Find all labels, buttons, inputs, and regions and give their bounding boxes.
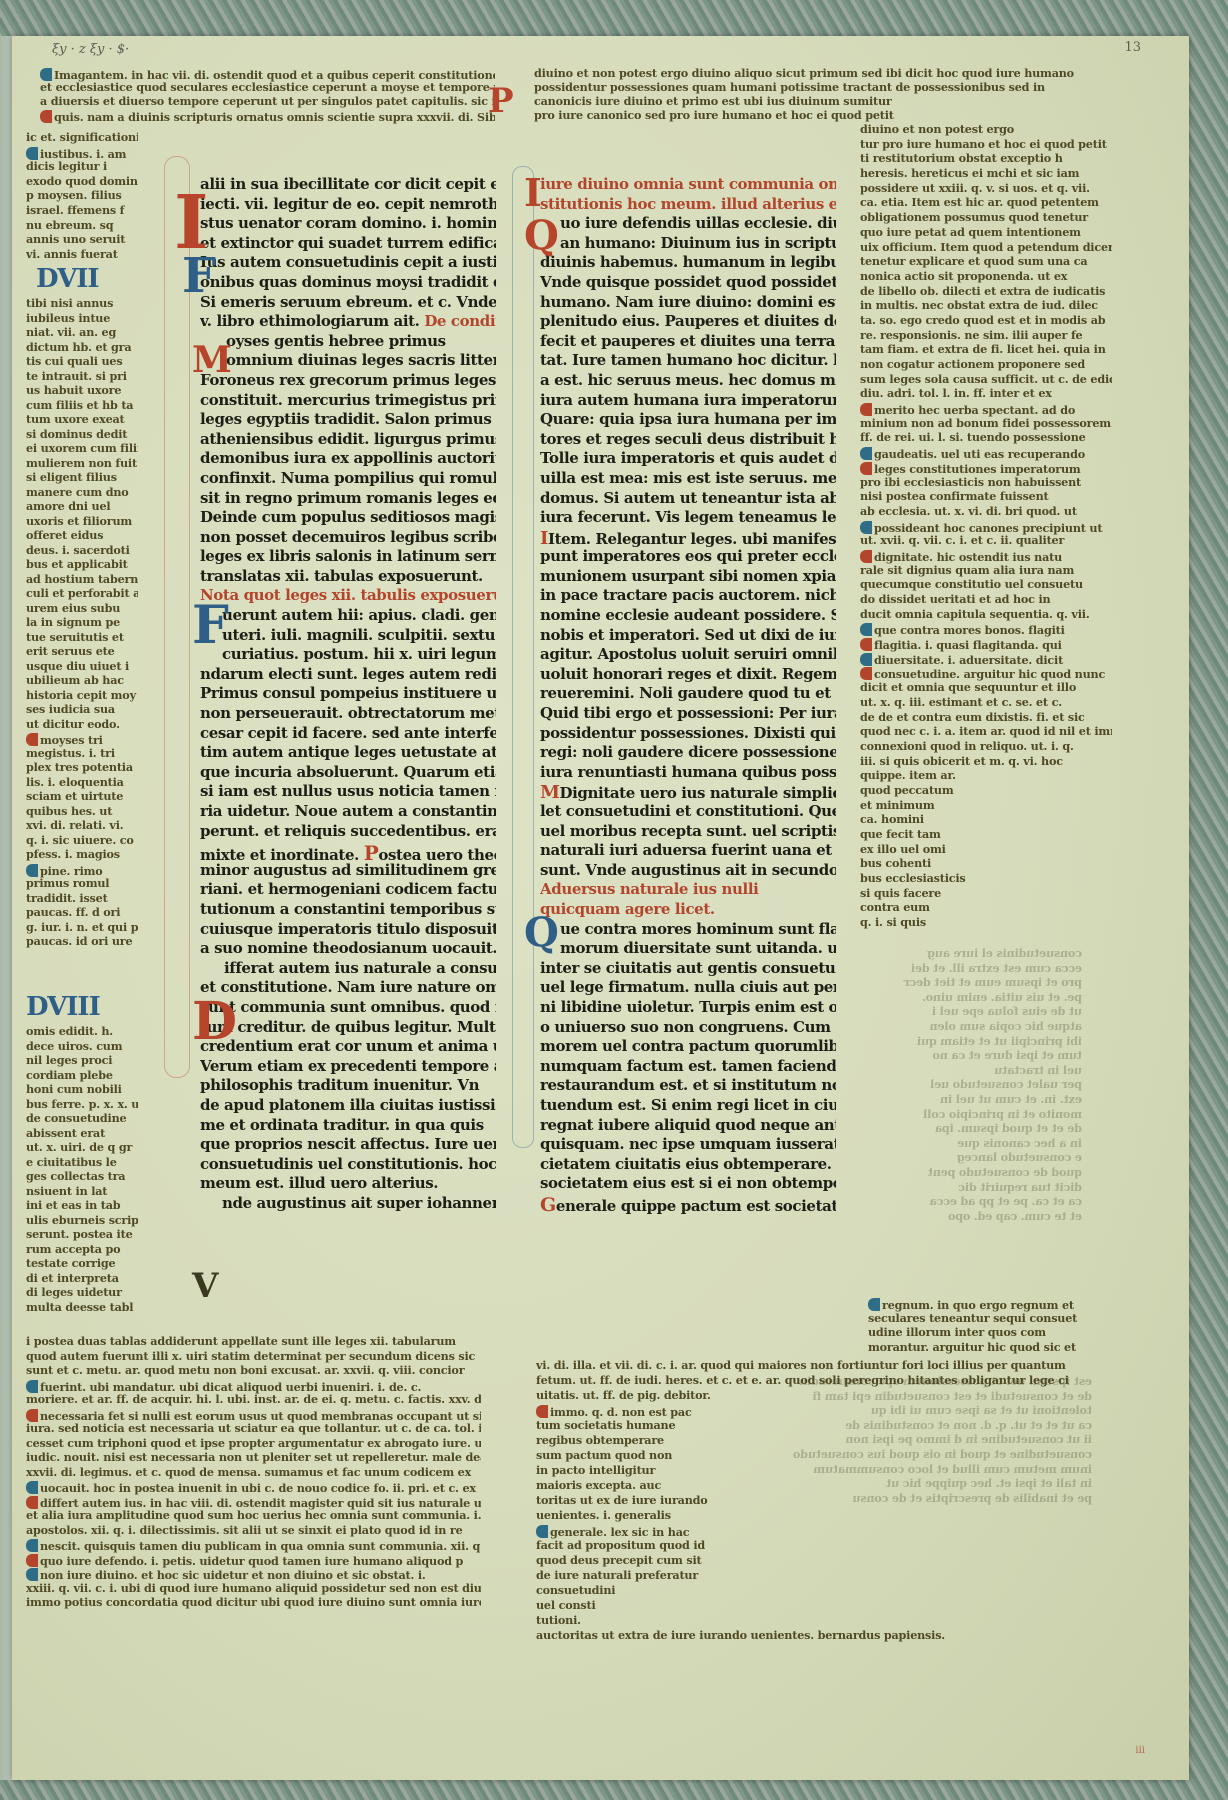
gloss-line: testate corrige xyxy=(26,1258,138,1273)
gloss-line: bus ecclesiasticis xyxy=(860,873,1112,888)
bottom-gloss-right: vi. di. illa. et vii. di. c. i. ar. quod… xyxy=(536,1360,1126,1645)
paragraph-mark-icon xyxy=(860,623,872,636)
gloss-line: honi cum nobili xyxy=(26,1084,138,1099)
text-line: cesar cepit id facere. sed ante interfec… xyxy=(200,726,496,746)
gloss-line: plex tres potentia xyxy=(26,762,138,777)
decorated-initial-f: F xyxy=(182,252,216,300)
top-gloss: Imagantem. in hac vii. di. ostendit quod… xyxy=(40,68,495,124)
gloss-line: generale. lex sic in hac xyxy=(536,1525,1126,1540)
gloss-line: ut. x. q. iii. estimant et c. se. et c. xyxy=(860,697,1112,712)
text-line: Primus consul pompeius instituere uoluit… xyxy=(200,686,496,706)
gloss-line: ic et. significationi xyxy=(26,132,138,147)
gloss-line: tur pro iure humano et hoc ei quod petit xyxy=(860,139,1112,154)
text-line: a est. hic seruus meus. hec domus mea xyxy=(540,373,836,393)
text-line: tuendum est. Si enim regi licet in ciuit… xyxy=(540,1098,836,1118)
rubric: Aduersus naturale ius nulli xyxy=(540,882,836,902)
gloss-line: moriere. et ar. ff. de acquir. hi. l. ub… xyxy=(26,1394,481,1409)
gloss-line: bus ferre. p. x. x. ui xyxy=(26,1099,138,1114)
gloss-line: quecumque constitutio uel consuetu xyxy=(860,579,1112,594)
text-line: regi: noli gaudere dicere possessiones t… xyxy=(540,745,836,765)
gloss-line: tibi nisi annus xyxy=(26,298,138,313)
decorated-initial-p: P xyxy=(488,84,514,118)
gloss-line: dicit et omnia que sequuntur et illo xyxy=(860,682,1112,697)
text-line: alii in sua ibecillitate cor dicit cepit… xyxy=(200,177,496,197)
gloss-line: fetum. ut. ff. de iudi. heres. et c. et … xyxy=(536,1375,1126,1390)
gloss-line: vi. di. illa. et vii. di. c. i. ar. quod… xyxy=(536,1360,1126,1375)
text-line: uo iure defendis uillas ecclesie. diuino xyxy=(540,216,836,236)
gloss-line: maioris excepta. auc xyxy=(536,1480,1126,1495)
text-line: let consuetudini et constitutioni. Quecu… xyxy=(540,804,836,824)
gloss-line: differt autem ius. in hac viii. di. oste… xyxy=(26,1496,481,1511)
text-line: stus uenator coram domino. i. hominum ex… xyxy=(200,216,496,236)
text-line: que proprios nescit affectus. Iure uero xyxy=(200,1137,496,1157)
paragraph-mark-icon xyxy=(536,1405,548,1418)
gloss-line: uel consti xyxy=(536,1600,1126,1615)
text-line: munionem usurpant sibi nomen xpianum. ne… xyxy=(540,569,836,589)
text-line: philosophis traditum inuenitur. Vn xyxy=(200,1078,496,1098)
text-line: Si emeris seruum ebreum. et c. Vnde ysid… xyxy=(200,295,496,315)
gloss-line: offeret eidus xyxy=(26,530,138,545)
gloss-line: deus. i. sacerdoti xyxy=(26,545,138,560)
gloss-line: dictum hb. et gra xyxy=(26,342,138,357)
text-line: que incuria absoluerunt. Quarum etiam xyxy=(200,765,496,785)
gloss-line: leges constitutiones imperatorum xyxy=(860,462,1112,477)
gloss-line: ges collectas tra xyxy=(26,1171,138,1186)
gloss-line: culi et perforabit a xyxy=(26,588,138,603)
right-gloss-bottom: regnum. in quo ergo regnum et seculares … xyxy=(868,1298,1124,1356)
paragraph-mark-icon xyxy=(860,447,872,460)
text-line: uilla est mea: mis est iste seruus. mea … xyxy=(540,471,836,491)
gloss-line: i postea duas tablas addiderunt appellat… xyxy=(26,1336,481,1351)
text-line: leges ex libris salonis in latinum sermo… xyxy=(200,549,496,569)
gloss-line: diuino et non potest ergo xyxy=(860,124,1112,139)
paragraph-mark-icon xyxy=(40,110,52,123)
gloss-line: pine. rimo xyxy=(26,864,138,879)
gloss-line: ab ecclesia. ut. x. vi. di. bri quod. ut xyxy=(860,506,1112,521)
paragraph-mark-icon xyxy=(26,147,38,160)
paragraph-mark-icon xyxy=(26,1568,38,1581)
gloss-line: a diuersis et diuerso tempore ceperunt u… xyxy=(40,96,495,110)
gloss-line: xxiii. q. vii. c. i. ubi di quod iure hu… xyxy=(26,1583,481,1598)
gloss-line: seculares teneantur sequi consuet xyxy=(868,1313,1124,1328)
gloss-line: ti restitutorium obstat exceptio h xyxy=(860,153,1112,168)
gloss-line: israel. ffemens f xyxy=(26,205,138,220)
text-line: morum diuersitate sunt uitanda. ut pactu… xyxy=(540,941,836,961)
gloss-line: iii. si quis obicerit et m. q. vi. hoc xyxy=(860,756,1112,771)
text-line: o uniuerso suo non congruens. Cum autem … xyxy=(540,1020,836,1040)
text-line: plenitudo eius. Pauperes et diuites deus… xyxy=(540,314,836,334)
gloss-line: possidentur possessiones quam humani pot… xyxy=(534,82,1124,96)
text-line: nobis et imperatori. Sed ut dixi de iure… xyxy=(540,628,836,648)
text-line: tim autem antique leges uetustate at xyxy=(200,745,496,765)
paragraph-mark-icon xyxy=(40,68,52,81)
paragraph-mark-icon xyxy=(536,1525,548,1538)
gloss-line: us habuit uxore xyxy=(26,385,138,400)
text-line: translatas xii. tabulas exposuerunt. xyxy=(200,569,496,589)
gloss-line: abissent erat xyxy=(26,1128,138,1143)
text-line: Tolle iura imperatoris et quis audet dic… xyxy=(540,451,836,471)
text-line: non posset decemuiros legibus scribendis… xyxy=(200,530,496,550)
gloss-line: dicis legitur i xyxy=(26,161,138,176)
gloss-line: ut. xvii. q. vii. c. i. et c. ii. qualit… xyxy=(860,535,1112,550)
paragraph-mark-icon xyxy=(26,1481,38,1494)
gloss-line: sciam et uirtute xyxy=(26,791,138,806)
main-text-column-a: alii in sua ibecillitate cor dicit cepit… xyxy=(200,177,496,1215)
text-line: mixte et inordinate. Postea uero theodos… xyxy=(200,843,496,863)
gloss-line: canonicis iure diuino et primo est ubi i… xyxy=(534,96,1124,110)
text-line: domus. Si autem ut teneantur ista ab hom… xyxy=(540,491,836,511)
text-line: IItem. Relegantur leges. ubi manifeste p… xyxy=(540,530,836,550)
gloss-line: de libello ob. dilecti et extra de iudic… xyxy=(860,286,1112,301)
gloss-line: niat. vii. an. eg xyxy=(26,327,138,342)
text-line: v. libro ethimologiarum ait. De conditor… xyxy=(200,314,496,334)
text-line: oyses gentis hebree primus xyxy=(200,334,496,354)
decorated-initial-f2: F xyxy=(192,600,229,652)
gloss-line: tum uxore exeat xyxy=(26,414,138,429)
gloss-line: morantur. arguitur hic quod sic et xyxy=(868,1342,1124,1357)
gloss-line: ex illo uel omi xyxy=(860,844,1112,859)
gloss-line: pro iure canonico sed pro iure humano et… xyxy=(534,110,1124,124)
text-line: sunt communia sunt omnibus. quod non sol… xyxy=(200,1000,496,1020)
rubric: stitutionis hoc meum. illud alterius est… xyxy=(540,197,836,217)
gloss-line: exodo quod dominus dix xyxy=(26,176,138,191)
gloss-line: quippe. item ar. xyxy=(860,770,1112,785)
text-line: Verum etiam ex precedenti tempore a xyxy=(200,1059,496,1079)
text-line: naturali iuri aduersa fuerint uana et ir… xyxy=(540,843,836,863)
text-line: omnium diuinas leges sacris litteris exp… xyxy=(200,353,496,373)
gloss-line: iudic. nouit. nisi est necessaria non ut… xyxy=(26,1452,481,1467)
text-line: tat. Iure tamen humano hoc dicitur. hec … xyxy=(540,353,836,373)
text-line: minor augustus ad similitudinem grego xyxy=(200,863,496,883)
gloss-line: quod peccatum xyxy=(860,785,1112,800)
gloss-line: di et interpreta xyxy=(26,1273,138,1288)
gloss-line: ut. x. uiri. de q gr xyxy=(26,1142,138,1157)
gloss-line: historia cepit moy xyxy=(26,690,138,705)
gloss-line: lis. i. eloquentia xyxy=(26,777,138,792)
text-line: demonibus iura ex appollinis auctoritate xyxy=(200,451,496,471)
gloss-line: ses iudicia sua xyxy=(26,704,138,719)
gloss-line: quod deus precepit cum sit xyxy=(536,1555,1126,1570)
distinction-number-7: DVII xyxy=(36,264,99,294)
text-line: tum creditur. de quibus legitur. Multitu… xyxy=(200,1020,496,1040)
gloss-line: quod autem fuerunt illi x. uiri statim d… xyxy=(26,1351,481,1366)
text-line: non perseuerauit. obtrectatorum metu. De… xyxy=(200,706,496,726)
text-line: uel moribus recepta sunt. uel scriptis c… xyxy=(540,824,836,844)
text-line: iura renuntiasti humana quibus possessor… xyxy=(540,765,836,785)
left-margin-gloss-bottom: omis edidit. h. dece uiros. cum nil lege… xyxy=(26,1026,138,1316)
text-line: sit in regno primum romanis leges edidit… xyxy=(200,491,496,511)
text-line: ria uidetur. Noue autem a constantino ce… xyxy=(200,804,496,824)
gloss-line: cordiam plebe xyxy=(26,1070,138,1085)
gloss-line: immo potius concordatia quod dicitur ubi… xyxy=(26,1597,481,1612)
show-through-ghost-text: consuetudinis el iure aug ecca cum est e… xyxy=(882,948,1082,1225)
gloss-line: connexioni quod in reliquo. ut. i. q. xyxy=(860,741,1112,756)
text-line: tores et reges seculi deus distribuit hu… xyxy=(540,432,836,452)
decorated-initial-q: Q xyxy=(524,216,559,256)
paragraph-mark-icon xyxy=(860,550,872,563)
gloss-line: g. iur. i. n. et qui pa xyxy=(26,922,138,937)
text-line: punt imperatores eos qui preter ecclesie… xyxy=(540,549,836,569)
text-line: numquam factum est. tamen faciendum est … xyxy=(540,1059,836,1079)
gloss-line: ubilieum ab hac xyxy=(26,675,138,690)
gloss-line: quis. nam a diuinis scripturis ornatus o… xyxy=(40,110,495,124)
gloss-line: paucas. ff. d ori xyxy=(26,907,138,922)
text-line: confinxit. Numa pompilius qui romulo suc… xyxy=(200,471,496,491)
text-line: a suo nomine theodosianum uocauit. xyxy=(200,941,496,961)
gloss-line: moyses tri xyxy=(26,733,138,748)
gloss-line: nu ebreum. sq xyxy=(26,220,138,235)
gloss-line: minium non ad bonum fidei possessorem. u… xyxy=(860,418,1112,433)
text-line: et extinctor qui suadet turrem edificand… xyxy=(200,236,496,256)
rubric: De conditoribus legum. xyxy=(424,314,496,330)
gloss-line: ducit omnia capitula sequentia. q. vii. xyxy=(860,609,1112,624)
paragraph-mark-icon xyxy=(860,653,872,666)
gloss-line: ad hostium taberna xyxy=(26,574,138,589)
gloss-line: re. responsionis. ne sim. ilii auper fe xyxy=(860,330,1112,345)
gloss-line: consuetudine. arguitur hic quod nunc xyxy=(860,667,1112,682)
gathering-mark: iii xyxy=(1135,1745,1145,1756)
text-line: curiatius. postum. hii x. uiri legum scr… xyxy=(200,647,496,667)
gloss-line: regibus obtemperare xyxy=(536,1435,1126,1450)
text-line: sunt. Vnde augustinus ait in secundo con… xyxy=(540,863,836,883)
text-line: Generale quippe pactum est societatis hu xyxy=(540,1196,836,1216)
gloss-line: dece uiros. cum xyxy=(26,1041,138,1056)
gloss-line: q. i. sic uiuere. co xyxy=(26,835,138,850)
text-line: agitur. Apostolus uoluit seruiri omnibus… xyxy=(540,647,836,667)
gloss-line: si quis facere xyxy=(860,888,1112,903)
left-margin-gloss: ic et. significationi iustibus. i. am di… xyxy=(26,132,138,263)
gloss-line: uitatis. ut. ff. de pig. debitor. xyxy=(536,1390,1126,1405)
gloss-line: de de et contra eum dixistis. fi. et sic xyxy=(860,712,1112,727)
text-line: uerunt autem hii: apius. cladi. genitius xyxy=(200,608,496,628)
gloss-line: nescit. quisquis tamen diu publicam in q… xyxy=(26,1539,481,1554)
text-line: consuetudinis uel constitutionis. hoc xyxy=(200,1157,496,1177)
paragraph-mark-icon xyxy=(26,1539,38,1552)
gloss-line: erit seruus ete xyxy=(26,646,138,661)
gloss-line: apostolos. xii. q. i. dilectissimis. sit… xyxy=(26,1525,481,1540)
gloss-line: tutioni. xyxy=(536,1615,1126,1630)
text-line: Foroneus rex grecorum primus leges iudic… xyxy=(200,373,496,393)
gloss-line: de consuetudine xyxy=(26,1113,138,1128)
paragraph-mark-icon xyxy=(26,1409,38,1422)
shelfmark: ξy · z ξy · $· xyxy=(52,42,129,57)
gloss-line: ca. homini xyxy=(860,814,1112,829)
paragraph-mark-icon xyxy=(860,521,872,534)
gloss-line: flagitia. i. quasi flagitanda. qui xyxy=(860,638,1112,653)
gloss-line: paucas. id ori ure xyxy=(26,936,138,951)
gloss-line: possidere ut xxiii. q. v. si uos. et q. … xyxy=(860,183,1112,198)
gloss-line: megistus. i. tri xyxy=(26,748,138,763)
paragraph-mark-icon xyxy=(868,1298,880,1311)
gloss-line: et minimum xyxy=(860,800,1112,815)
gloss-line: contra eum xyxy=(860,902,1112,917)
paragraph-mark-icon xyxy=(860,403,872,416)
text-line: onibus quas dominus moysi tradidit dicen… xyxy=(200,275,496,295)
gloss-line: non cogatur actionem proponere sed xyxy=(860,359,1112,374)
gloss-line: si dominus dedit xyxy=(26,429,138,444)
gloss-line: auctoritas ut extra de iure iurando ueni… xyxy=(536,1630,1126,1645)
paragraph-mark-icon xyxy=(26,1554,38,1567)
text-line: uteri. iuli. magnili. sculpitii. sextu. xyxy=(200,628,496,648)
gloss-line: possideant hoc canones precipiunt ut xyxy=(860,521,1112,536)
gloss-line: vi. annis fuerat xyxy=(26,249,138,264)
gloss-line: multa deesse tabl xyxy=(26,1302,138,1317)
gloss-line: rum accepta po xyxy=(26,1244,138,1259)
gloss-line: si eligent filius xyxy=(26,472,138,487)
main-text-column-b: iure diuino omnia sunt communia omnibus:… xyxy=(540,177,836,1215)
gloss-line: que contra mores bonos. flagiti xyxy=(860,623,1112,638)
text-line: ue contra mores hominum sunt flagitia pr… xyxy=(540,922,836,942)
left-margin-gloss-mid: tibi nisi annus iubileus intue niat. vii… xyxy=(26,298,138,951)
gloss-line: iura. sed noticia est necessaria ut scia… xyxy=(26,1423,481,1438)
gloss-line: nil leges proci xyxy=(26,1055,138,1070)
gloss-line: de iure naturali preferatur xyxy=(536,1570,1126,1585)
gloss-line: bus et applicabit xyxy=(26,559,138,574)
gloss-line: tue seruitutis et xyxy=(26,632,138,647)
gloss-line: di leges uidetur xyxy=(26,1287,138,1302)
gloss-line: xxvii. di. legimus. et c. quod de mensa.… xyxy=(26,1467,481,1482)
gloss-line: diuersitate. i. aduersitate. dicit xyxy=(860,653,1112,668)
gloss-line: manere cum dno xyxy=(26,487,138,502)
gloss-line: necessaria fet si nulli est eorum usus u… xyxy=(26,1409,481,1424)
folio-number: 13 xyxy=(1124,40,1141,55)
gloss-line: que fecit tam xyxy=(860,829,1112,844)
gloss-line: te intrauit. si pri xyxy=(26,371,138,386)
text-line: Ius autem consuetudinis cepit a iustific… xyxy=(200,255,496,275)
text-line: si iam est nullus usus noticia tamen nec… xyxy=(200,784,496,804)
manuscript-leaf: ξy · z ξy · $· 13 iii Imagantem. in hac … xyxy=(12,36,1189,1780)
gloss-line: Imagantem. in hac vii. di. ostendit quod… xyxy=(40,68,495,82)
text-line: reueremini. Noli gaudere quod tu et regi… xyxy=(540,686,836,706)
text-line: tutionum a constantini temporibus sub pr… xyxy=(200,902,496,922)
text-line: fecit et pauperes et diuites una terra s… xyxy=(540,334,836,354)
gloss-line: fuerint. ubi mandatur. ubi dicat aliquod… xyxy=(26,1380,481,1395)
gloss-line: ff. de rei. ui. l. si. tuendo possession… xyxy=(860,432,1112,447)
text-line: iecti. vii. legitur de eo. cepit nemroth… xyxy=(200,197,496,217)
text-line: Quid tibi ergo et possessioni: Per iura … xyxy=(540,706,836,726)
gloss-line: ut dicitur eodo. xyxy=(26,719,138,734)
gloss-line: sum pactum quod non xyxy=(536,1450,1126,1465)
gloss-line: diu. adri. tol. l. in. ff. inter et ex xyxy=(860,388,1112,403)
text-line: iura fecerunt. Vis legem teneamus leges … xyxy=(540,510,836,530)
gloss-line: omis edidit. h. xyxy=(26,1026,138,1041)
text-line: me et ordinata traditur. in qua quis xyxy=(200,1118,496,1138)
gloss-line: cum filiis et hb ta xyxy=(26,400,138,415)
top-gloss-right: diuino et non potest ergo diuino aliquo … xyxy=(534,68,1124,124)
gloss-line: et ecclesiastice quod seculares ecclesia… xyxy=(40,82,495,96)
text-line: nde augustinus ait super iohannem. xyxy=(200,1196,496,1216)
gloss-line: non iure diuino. et hoc sic uidetur et n… xyxy=(26,1568,481,1583)
gloss-line: quibus hes. ut xyxy=(26,806,138,821)
paragraph-mark-icon xyxy=(860,462,872,475)
text-line: cietatem ciuitatis eius obtemperare. imm… xyxy=(540,1157,836,1177)
gloss-line: consuetudini xyxy=(536,1585,1126,1600)
gloss-line: dignitate. hic ostendit ius natu xyxy=(860,550,1112,565)
gloss-line: nisi postea confirmate fuissent xyxy=(860,491,1112,506)
paragraph-mark-icon xyxy=(26,864,38,877)
paragraph-mark-icon xyxy=(26,1496,38,1509)
text-line: leges egyptiis tradidit. Salon primus le… xyxy=(200,412,496,432)
gloss-line: tis cui quali ues xyxy=(26,356,138,371)
text-line: cuiusque imperatoris titulo disposuit. q… xyxy=(200,922,496,942)
text-line: ifferat autem ius naturale a consuetudin… xyxy=(200,961,496,981)
gloss-line: immo. q. d. non est pac xyxy=(536,1405,1126,1420)
gloss-line: et alia iura amplitudine quod sum hoc ue… xyxy=(26,1510,481,1525)
text-line: restaurandum est. et si institutum non e… xyxy=(540,1078,836,1098)
gloss-line: uocauit. hoc in postea inuenit in ubi c.… xyxy=(26,1481,481,1496)
gloss-line: ei uxorem cum filiis xyxy=(26,443,138,458)
gloss-line: heresis. hereticus ei mchi et sic iam xyxy=(860,168,1112,183)
text-line: credentium erat cor unum et anima una. e… xyxy=(200,1039,496,1059)
gloss-line: nonica actio sit proponenda. ut ex xyxy=(860,271,1112,286)
gloss-line: do dissidet ueritati et ad hoc in xyxy=(860,594,1112,609)
gloss-line: sum leges sola causa sufficit. ut c. de … xyxy=(860,374,1112,389)
gloss-line: p moysen. filius xyxy=(26,190,138,205)
rubric: iure diuino omnia sunt communia omnibus:… xyxy=(540,177,836,197)
gloss-line: primus romul xyxy=(26,878,138,893)
text-line: MDignitate uero ius naturale simpliciter… xyxy=(540,784,836,804)
right-margin-gloss: diuino et non potest ergo tur pro iure h… xyxy=(860,124,1112,932)
gloss-line: ta. so. ego credo quod est et in modis a… xyxy=(860,315,1112,330)
text-line: regnat iubere aliquid quod neque ante ip… xyxy=(540,1118,836,1138)
gloss-line: uenientes. i. generalis xyxy=(536,1510,1126,1525)
pen-flourish-decoration xyxy=(512,166,534,1148)
text-line: inter se ciuitatis aut gentis consuetudi… xyxy=(540,961,836,981)
text-line: ni libidine uioletur. Turpis enim est om… xyxy=(540,1000,836,1020)
gloss-line: mulierem non fuit xyxy=(26,458,138,473)
gloss-line: usque diu uiuet i xyxy=(26,661,138,676)
gloss-line: uix officium. Item quod a petendum dicer… xyxy=(860,242,1112,257)
gloss-line: pfess. i. magios xyxy=(26,849,138,864)
gloss-line: quo iure defendo. i. petis. uidetur quod… xyxy=(26,1554,481,1569)
paragraph-mark-icon xyxy=(860,638,872,651)
gloss-line: quo iure petat ad quem intentionem xyxy=(860,227,1112,242)
gloss-line: bus cohenti xyxy=(860,858,1112,873)
gloss-line: tam fiam. et extra de fi. licet hei. qui… xyxy=(860,344,1112,359)
gloss-line: cesset cum triphoni quod et ipse propter… xyxy=(26,1438,481,1453)
text-line: iura autem humana iura imperatorum sunt. xyxy=(540,393,836,413)
gloss-line: annis uno seruit xyxy=(26,234,138,249)
gloss-line: q. i. si quis xyxy=(860,917,1112,932)
text-line: de apud platonem illa ciuitas iustissi xyxy=(200,1098,496,1118)
text-line: quisquam. nec ipse umquam iusserat et no… xyxy=(540,1137,836,1157)
gloss-line: la in signum pe xyxy=(26,617,138,632)
gloss-line: iubileus intue xyxy=(26,313,138,328)
text-line: atheniensibus edidit. ligurgus primus la… xyxy=(200,432,496,452)
gloss-line: facit ad propositum quod id xyxy=(536,1540,1126,1555)
decorated-initial-d: D xyxy=(192,996,237,1048)
gloss-line: iustibus. i. am xyxy=(26,147,138,162)
text-line: constituit. mercurius trimegistus primus xyxy=(200,393,496,413)
decorated-initial-i-b: I xyxy=(524,174,542,212)
text-line: diuinis habemus. humanum in legibus regu… xyxy=(540,255,836,275)
gloss-line: ulis eburneis scrip xyxy=(26,1215,138,1230)
gloss-line: ini et eas in tab xyxy=(26,1200,138,1215)
text-line: Deinde cum populus seditiosos magistratu… xyxy=(200,510,496,530)
gloss-line: rale sit dignius quam alia iura nam xyxy=(860,565,1112,580)
gloss-line: udine illorum inter quos com xyxy=(868,1327,1124,1342)
gloss-line: merito hec uerba spectant. ad do xyxy=(860,403,1112,418)
gloss-line: gaudeatis. uel uti eas recuperando xyxy=(860,447,1112,462)
gloss-line: tenetur explicare et quod sum una ca xyxy=(860,256,1112,271)
gloss-line: toritas ut ex de iure iurando xyxy=(536,1495,1126,1510)
gloss-line: urem eius subu xyxy=(26,603,138,618)
gloss-line: tradidit. isset xyxy=(26,893,138,908)
text-line: Vnde quisque possidet quod possidet. Non… xyxy=(540,275,836,295)
gloss-line: quod nec c. i. a. item ar. quod id nil e… xyxy=(860,726,1112,741)
text-line: meum est. illud uero alterius. xyxy=(200,1176,496,1196)
paragraph-mark-icon xyxy=(26,1380,38,1393)
